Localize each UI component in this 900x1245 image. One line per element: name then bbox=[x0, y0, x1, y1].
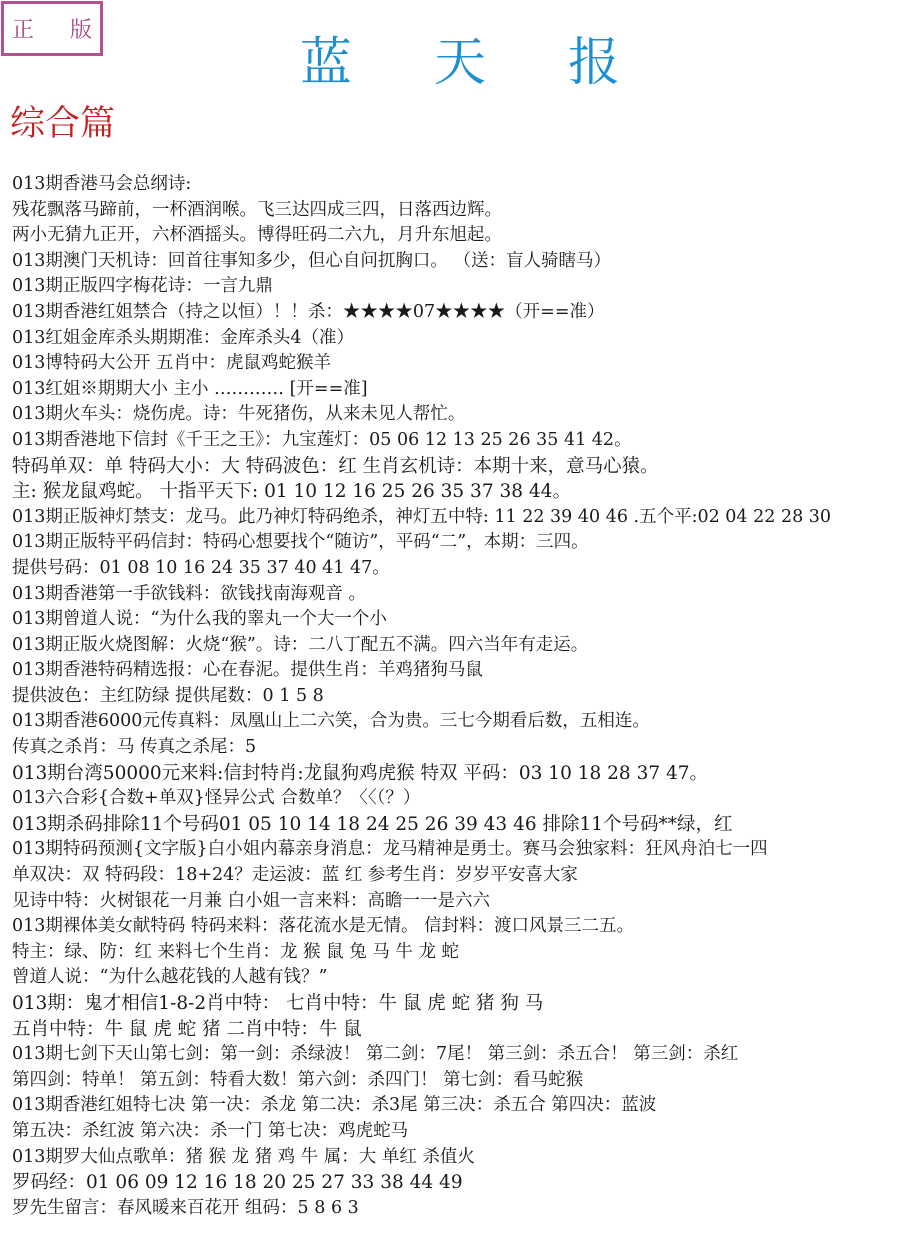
text-line: 013期火车头：烧伤虎。诗：牛死猪伤，从来未见人帮忙。 bbox=[12, 402, 900, 428]
text-line: 013期台湾50000元来料:信封特肖:龙鼠狗鸡虎猴 特双 平码：03 10 1… bbox=[12, 761, 900, 787]
newspaper-title: 蓝 天 报 bbox=[300, 20, 620, 95]
text-line: 第四剑：特单！ 第五剑：特看大数！第六剑：杀四门！ 第七剑：看马蛇猴 bbox=[12, 1068, 900, 1094]
title-char-3: 报 bbox=[568, 20, 620, 95]
text-line: 主: 猴龙鼠鸡蛇。 十指平天下: 01 10 12 16 25 26 35 37… bbox=[12, 479, 900, 505]
text-line: 013期香港红姐禁合（持之以恒）！！杀：★★★★07★★★★（开==准） bbox=[12, 300, 900, 326]
text-line: 013期罗大仙点歌单：猪 猴 龙 猪 鸡 牛 属：大 单红 杀值火 bbox=[12, 1145, 900, 1171]
text-line: 013期香港特码精选报：心在春泥。提供生肖：羊鸡猪狗马鼠 bbox=[12, 658, 900, 684]
text-line: 013期香港6000元传真料：凤凰山上二六笑，合为贵。三七今期看后数，五相连。 bbox=[12, 709, 900, 735]
text-line: 传真之杀肖：马 传真之杀尾：5 bbox=[12, 735, 900, 761]
text-line: 013红姐※期期大小 主小 ………… [开==准] bbox=[12, 377, 900, 403]
text-line: 013红姐金库杀头期期准：金库杀头4（准） bbox=[12, 326, 900, 352]
text-line: 013期香港马会总纲诗: bbox=[12, 172, 900, 198]
text-line: 013期香港第一手欲钱料：欲钱找南海观音 。 bbox=[12, 582, 900, 608]
text-line: 特码单双：单 特码大小：大 特码波色：红 生肖玄机诗：本期十来，意马心猿。 bbox=[12, 454, 900, 480]
text-line: 见诗中特：火树银花一月兼 白小姐一言来料：高瞻一一是六六 bbox=[12, 889, 900, 915]
text-line: 013期裸体美女献特码 特码来料：落花流水是无情。 信封料：渡口风景三二五。 bbox=[12, 914, 900, 940]
text-line: 提供号码：01 08 10 16 24 35 37 40 41 47。 bbox=[12, 556, 900, 582]
text-line: 残花飘落马蹄前，一杯酒润喉。飞三达四成三四，日落西边辉。 bbox=[12, 198, 900, 224]
text-line: 013期曾道人说：“为什么我的睾丸一个大一个小 bbox=[12, 607, 900, 633]
text-line: 013期杀码排除11个号码01 05 10 14 18 24 25 26 39 … bbox=[12, 812, 900, 838]
text-line: 五肖中特：牛 鼠 虎 蛇 猪 二肖中特：牛 鼠 bbox=[12, 1017, 900, 1043]
text-line: 013期正版特平码信封：特码心想要找个“随访”，平码“二”，本期：三四。 bbox=[12, 530, 900, 556]
text-line: 013期特码预测{文字版}白小姐内幕亲身消息：龙马精神是勇士。赛马会独家料：狂风… bbox=[12, 837, 900, 863]
text-line: 罗码经：01 06 09 12 16 18 20 25 27 33 38 44 … bbox=[12, 1170, 900, 1196]
badge-char-2: 版 bbox=[70, 13, 92, 44]
text-line: 013期澳门天机诗：回首往事知多少，但心自问扤胸口。 （送：盲人骑瞎马） bbox=[12, 249, 900, 275]
text-line: 特主：绿、防：红 来料七个生肖：龙 猴 鼠 兔 马 牛 龙 蛇 bbox=[12, 940, 900, 966]
content-lines: 013期香港马会总纲诗: 残花飘落马蹄前，一杯酒润喉。飞三达四成三四，日落西边辉… bbox=[12, 172, 900, 1221]
title-char-2: 天 bbox=[434, 20, 486, 95]
badge-char-1: 正 bbox=[12, 13, 34, 44]
text-line: 提供波色：主红防绿 提供尾数：0 1 5 8 bbox=[12, 684, 900, 710]
text-line: 第五决：杀红波 第六决：杀一门 第七决：鸡虎蛇马 bbox=[12, 1119, 900, 1145]
text-line: 013期香港地下信封《千王之王》：九宝莲灯：05 06 12 13 25 26 … bbox=[12, 428, 900, 454]
text-line: 013博特码大公开 五肖中：虎鼠鸡蛇猴羊 bbox=[12, 351, 900, 377]
text-line: 曾道人说：“为什么越花钱的人越有钱？” bbox=[12, 965, 900, 991]
text-line: 罗先生留言：春风暖来百花开 组码：5 8 6 3 bbox=[12, 1196, 900, 1222]
text-line: 013期正版火烧图解：火烧“猴”。诗：二八丁配五不满。四六当年有走运。 bbox=[12, 633, 900, 659]
title-char-1: 蓝 bbox=[300, 20, 352, 95]
text-line: 两小无猜九正开，六杯酒摇头。博得旺码二六九，月升东旭起。 bbox=[12, 223, 900, 249]
authentic-edition-badge: 正 版 bbox=[1, 1, 103, 56]
text-line: 013期正版四字梅花诗：一言九鼎 bbox=[12, 274, 900, 300]
text-line: 013期正版神灯禁支：龙马。此乃神灯特码绝杀，神灯五中特: 11 22 39 4… bbox=[12, 505, 900, 531]
text-line: 013期香港红姐特七决 第一决：杀龙 第二决：杀3尾 第三决：杀五合 第四决：蓝… bbox=[12, 1093, 900, 1119]
text-line: 013六合彩{合数+单双}怪异公式 合数单？〈〈（？） bbox=[12, 786, 900, 812]
text-line: 单双决：双 特码段：18+24？走运波：蓝 红 参考生肖：岁岁平安喜大家 bbox=[12, 863, 900, 889]
text-line: 013期七剑下天山第七剑：第一剑：杀绿波！ 第二剑：7尾！ 第三剑：杀五合！ 第… bbox=[12, 1042, 900, 1068]
text-line: 013期：鬼才相信1-8-2肖中特： 七肖中特：牛 鼠 虎 蛇 猪 狗 马 bbox=[12, 991, 900, 1017]
section-title: 综合篇 bbox=[10, 96, 115, 146]
